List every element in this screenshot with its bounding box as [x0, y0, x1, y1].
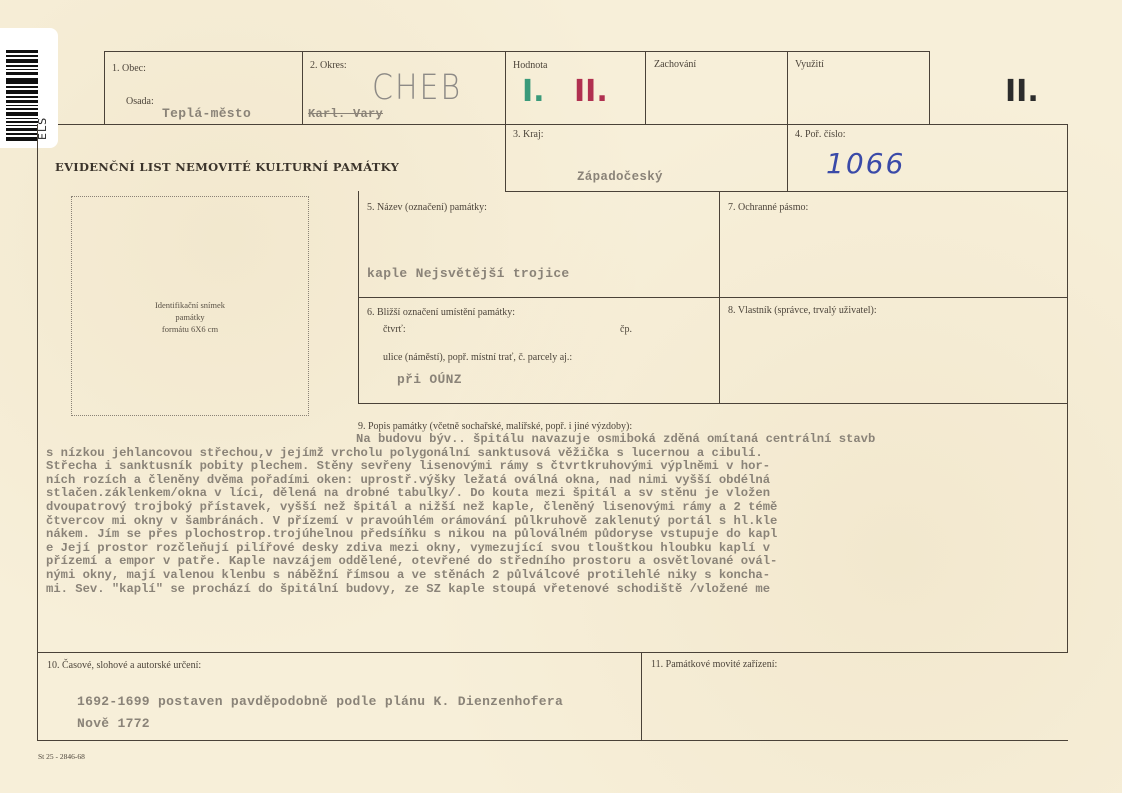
ctvrt-label: čtvrť:: [383, 324, 406, 335]
popis-line: ních rozích a členěny dvěma pořadími oke…: [46, 474, 1066, 488]
popis-line: nými okny, mají valenou klenbu s náběžní…: [46, 569, 1066, 583]
hodnota-label: Hodnota: [513, 60, 547, 71]
popis-line: nákem. Jím se přes plochostrop.trojúheln…: [46, 528, 1066, 542]
popis-line: e Její prostor rozčleňují pilířové desky…: [46, 542, 1066, 556]
popis-line: Střecha i sanktusník pobity plechem. Stě…: [46, 460, 1066, 474]
popis-line: s nízkou jehlancovou střechou,v jejímž v…: [46, 447, 1066, 461]
popis-text[interactable]: Na budovu býv.. špitálu navazuje osmibok…: [46, 433, 1066, 596]
cp-label: čp.: [620, 324, 632, 335]
popis-line: stlačen.záklenkem/okna v líci, dělená na…: [46, 487, 1066, 501]
nazev-value[interactable]: kaple Nejsvětější trojice: [367, 266, 570, 281]
kraj-label: 3. Kraj:: [513, 129, 544, 140]
hodnota-mark-red: II.: [574, 74, 608, 109]
kraj-value[interactable]: Západočeský: [577, 170, 663, 184]
popis-line: čtvercov mi okny v šambránách. V přízemí…: [46, 515, 1066, 529]
popis-line: dvoupatrový trojboký přístavek, vyšší ne…: [46, 501, 1066, 515]
barcode-icon: [6, 50, 38, 142]
nazev-label: 5. Název (označení) památky:: [367, 202, 487, 213]
popis-line: mi. Sev. "kaplí" se prochází do špitální…: [46, 583, 1066, 597]
obec-value[interactable]: Teplá-město: [162, 106, 251, 121]
ochranne-pasmo-label: 7. Ochranné pásmo:: [728, 202, 808, 213]
umisteni-value[interactable]: při OÚNZ: [397, 372, 462, 387]
form-title: EVIDENČNÍ LIST NEMOVITÉ KULTURNÍ PAMÁTKY: [55, 160, 399, 174]
urceni-label: 10. Časové, slohové a autorské určení:: [47, 660, 201, 671]
hodnota-mark-green: I.: [522, 74, 545, 109]
photo-line-3: formátu 6X6 cm: [72, 323, 308, 335]
popis-label: 9. Popis památky (včetně sochařské, malí…: [358, 421, 632, 432]
urceni-line-1[interactable]: 1692-1699 postaven pavděpodobně podle pl…: [77, 694, 563, 709]
okres-handwritten: CHEB: [372, 68, 462, 108]
umisteni-label: 6. Bližší označení umístění památky:: [367, 307, 515, 318]
okres-label: 2. Okres:: [310, 60, 347, 71]
barcode-sticker: ELS: [0, 28, 58, 148]
okres-value-struck[interactable]: Karl. Vary: [308, 107, 383, 121]
footer-code: St 25 - 2846-68: [38, 752, 85, 761]
zachovani-label: Zachování: [654, 59, 696, 70]
popis-line: Na budovu býv.. špitálu navazuje osmibok…: [46, 433, 1066, 447]
ulice-label: ulice (náměstí), popř. místní trať, č. p…: [383, 352, 572, 363]
zarizeni-label: 11. Památkové movité zařízení:: [651, 659, 777, 670]
urceni-line-2[interactable]: Nově 1772: [77, 716, 150, 731]
corner-mark: II.: [1005, 74, 1039, 109]
popis-line: přízemí a empor v patře. Kaple navzájem …: [46, 555, 1066, 569]
por-cislo-label: 4. Poř. číslo:: [795, 129, 846, 140]
photo-line-1: Identifikační snímek: [72, 299, 308, 311]
vyuziti-label: Využití: [795, 59, 824, 70]
photo-line-2: památky: [72, 311, 308, 323]
photo-placeholder: Identifikační snímek památky formátu 6X6…: [71, 196, 309, 416]
osada-label: Osada:: [126, 96, 154, 107]
vlastnik-label: 8. Vlastník (správce, trvalý uživatel):: [728, 305, 877, 316]
obec-label: 1. Obec:: [112, 63, 146, 74]
por-cislo-value[interactable]: 1066: [826, 147, 905, 180]
